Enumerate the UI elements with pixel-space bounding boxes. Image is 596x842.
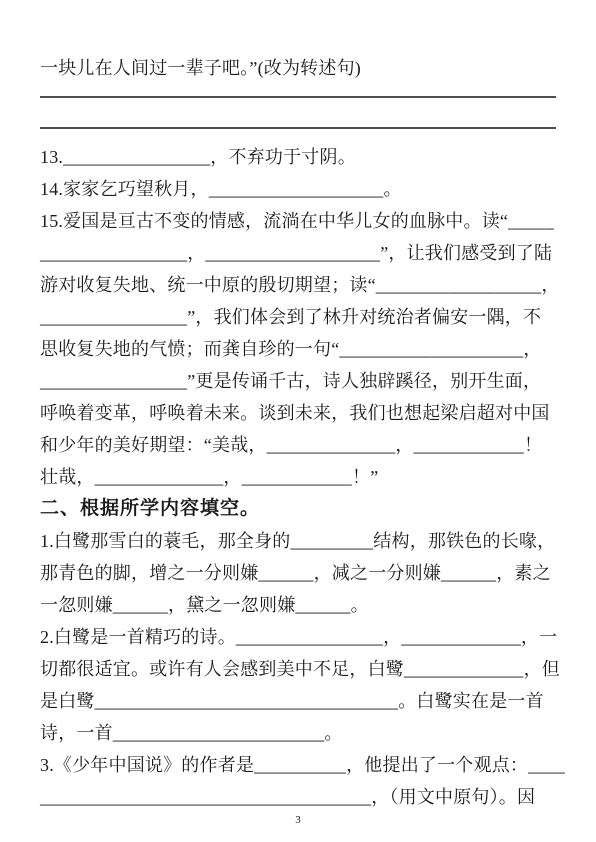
worksheet-content: 一块儿在人间过一辈子吧。”(改为转述句) 13.________________… <box>0 0 596 813</box>
worksheet-page: 一块儿在人间过一辈子吧。”(改为转述句) 13.________________… <box>0 0 596 842</box>
section2-q2-line-2: 切都很适宜。或许有人会感到美中不足，白鹭_____________，但 <box>40 653 556 685</box>
page-number: 3 <box>0 814 596 826</box>
question-15-line-6: ________________”更是传诵千古，诗人独辟蹊径，别开生面， <box>40 365 556 397</box>
question-13: 13.________________，不弃功于寸阴。 <box>40 141 556 173</box>
section2-q2-line-4: 诗，一首_______________________。 <box>40 717 556 749</box>
writing-line-1 <box>40 84 556 98</box>
section2-q3-line-1: 3.《少年中国说》的作者是__________，他提出了一个观点：____ <box>40 749 556 781</box>
section2-q1-line-1: 1.白鹭那雪白的蓑毛，那全身的_________结构，那铁色的长喙， <box>40 525 556 557</box>
section-2-heading: 二、根据所学内容填空。 <box>40 493 556 525</box>
writing-line-2 <box>40 98 556 129</box>
rewrite-sentence-tail: 一块儿在人间过一辈子吧。”(改为转述句) <box>40 52 556 84</box>
question-15-line-8: 和少年的美好期望：“美哉，______________，____________… <box>40 429 556 461</box>
section2-q2-line-1: 2.白鹭是一首精巧的诗。________________，___________… <box>40 621 556 653</box>
question-15-line-4: ________________”，我们体会到了林升对统治者偏安一隅，不 <box>40 301 556 333</box>
section2-q3-line-2: ____________________________________，（用文… <box>40 781 556 813</box>
question-15-line-5: 思收复失地的气愤；而龚自珍的一句“____________________， <box>40 333 556 365</box>
question-14: 14.家家乞巧望秋月，___________________。 <box>40 173 556 205</box>
question-15-line-9: 壮哉，______________，____________！” <box>40 461 556 493</box>
section2-q1-line-2: 那青色的脚，增之一分则嫌______，减之一分则嫌______，素之 <box>40 557 556 589</box>
section2-q2-line-3: 是白鹭_________________________________。白鹭实… <box>40 685 556 717</box>
question-15-line-7: 呼唤着变革，呼唤着未来。谈到未来，我们也想起梁启超对中国 <box>40 397 556 429</box>
question-15-line-2: ________________，___________________”，让我… <box>40 237 556 269</box>
section2-q1-line-3: 一忽则嫌______，黛之一忽则嫌______。 <box>40 589 556 621</box>
question-15-line-1: 15.爱国是亘古不变的情感，流淌在中华儿女的血脉中。读“_____ <box>40 205 556 237</box>
question-15-line-3: 游对收复失地、统一中原的殷切期望；读“__________________， <box>40 269 556 301</box>
